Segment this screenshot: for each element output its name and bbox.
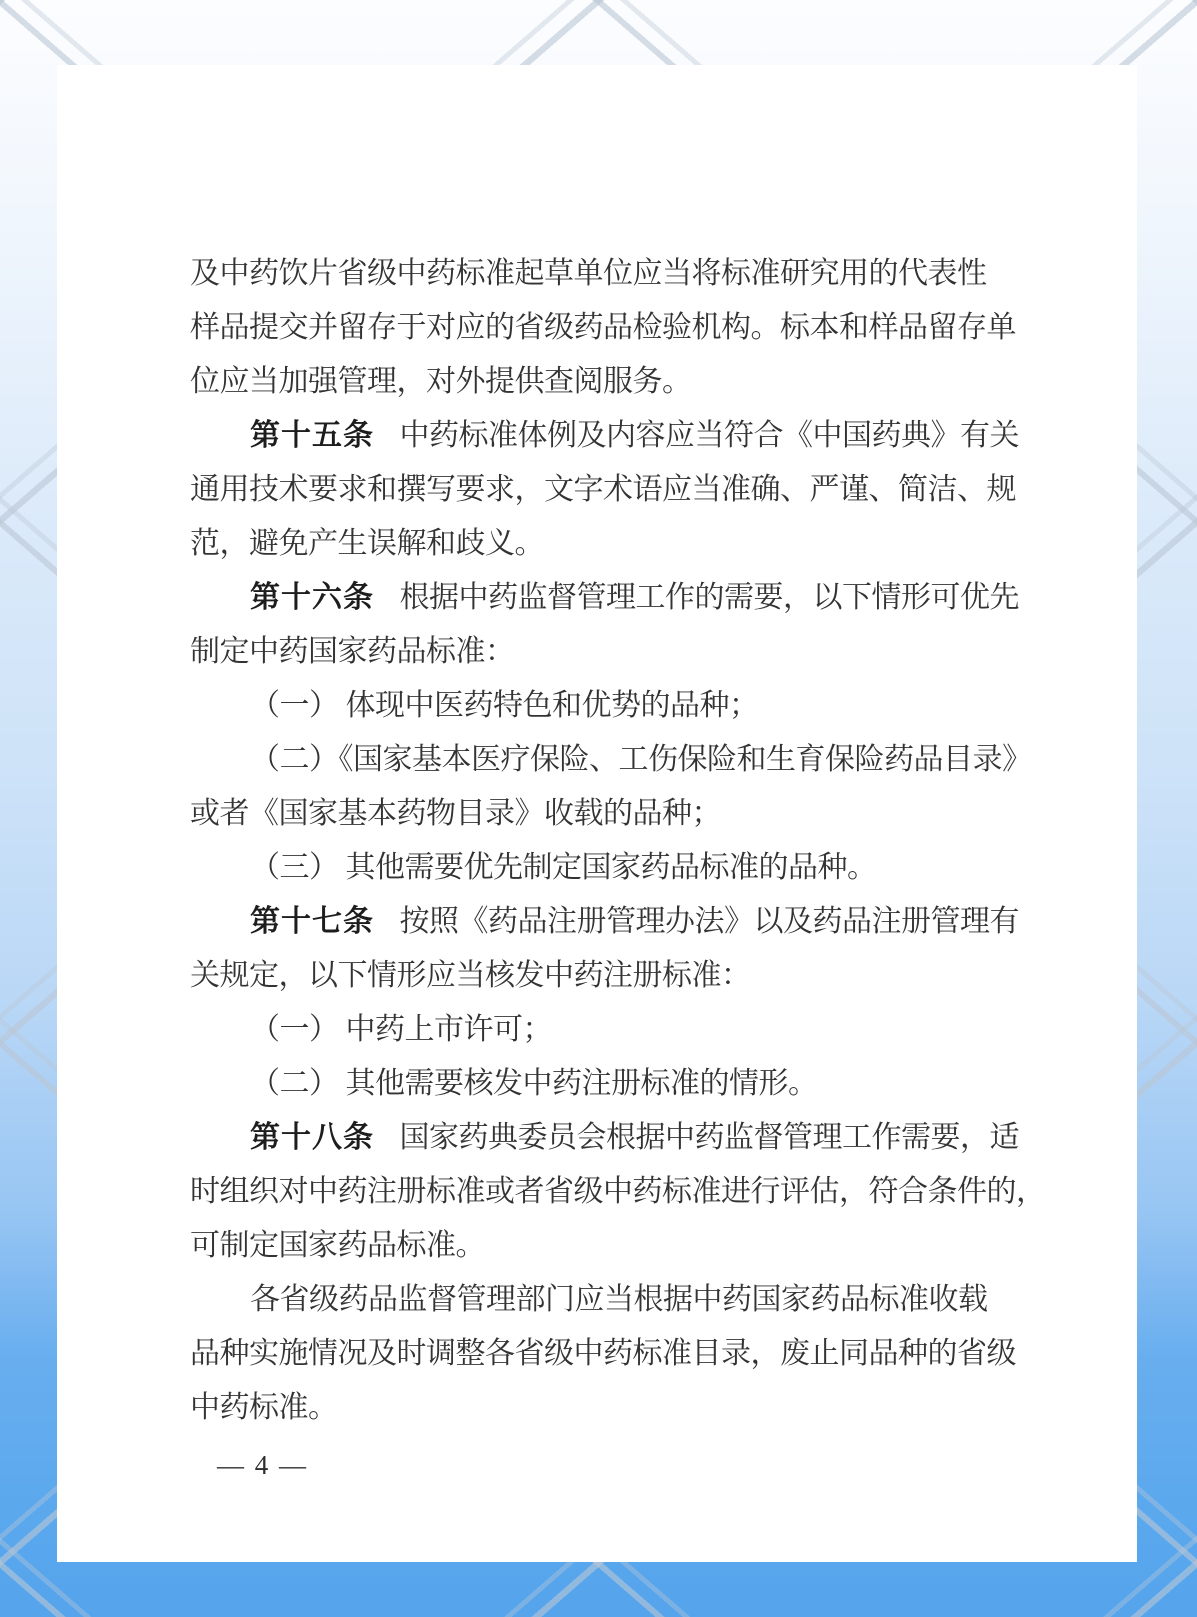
text-line: 第十八条国家药典委员会根据中药监督管理工作需要，适	[190, 1111, 1010, 1165]
text-segment: （一） 中药上市许可；	[250, 1013, 552, 1046]
text-line: （二）《国家基本医疗保险、工伤保险和生育保险药品目录》	[190, 733, 1010, 787]
text-line: 及中药饮片省级中药标准起草单位应当将标准研究用的代表性	[190, 247, 1010, 301]
text-segment: （三） 其他需要优先制定国家药品标准的品种。	[250, 851, 877, 884]
article-number: 第十七条	[250, 905, 374, 938]
text-segment: 制定中药国家药品标准：	[190, 635, 515, 668]
text-segment: 样品提交并留存于对应的省级药品检验机构。标本和样品留存单	[190, 311, 1016, 344]
article-number: 第十五条	[250, 419, 374, 452]
page-number: — 4 —	[217, 1443, 1010, 1487]
text-segment: 关规定，以下情形应当核发中药注册标准：	[190, 959, 751, 992]
text-line: 第十五条中药标准体例及内容应当符合《中国药典》有关	[190, 409, 1010, 463]
text-line: 品种实施情况及时调整各省级中药标准目录，废止同品种的省级	[190, 1327, 1010, 1381]
text-line: 第十六条根据中药监督管理工作的需要，以下情形可优先	[190, 571, 1010, 625]
text-line: （一） 中药上市许可；	[190, 1003, 1010, 1057]
text-line: 第十七条按照《药品注册管理办法》以及药品注册管理有	[190, 895, 1010, 949]
document-sheet: 及中药饮片省级中药标准起草单位应当将标准研究用的代表性样品提交并留存于对应的省级…	[57, 65, 1137, 1562]
text-line: 各省级药品监督管理部门应当根据中药国家药品标准收载	[190, 1273, 1010, 1327]
text-segment: 范，避免产生误解和歧义。	[190, 527, 544, 560]
article-number: 第十八条	[250, 1121, 374, 1154]
text-line: 位应当加强管理，对外提供查阅服务。	[190, 355, 1010, 409]
document-body: 及中药饮片省级中药标准起草单位应当将标准研究用的代表性样品提交并留存于对应的省级…	[57, 65, 1010, 1487]
article-number: 第十六条	[250, 581, 374, 614]
page-background: { "theme": { "background_top": "#fcfdff"…	[0, 0, 1197, 1617]
text-segment: （一） 体现中医药特色和优势的品种；	[250, 689, 759, 722]
text-segment: 时组织对中药注册标准或者省级中药标准进行评估，符合条件的，	[190, 1175, 1046, 1208]
text-line: 可制定国家药品标准。	[190, 1219, 1010, 1273]
text-segment: 可制定国家药品标准。	[190, 1229, 485, 1262]
text-line: 中药标准。	[190, 1381, 1010, 1435]
text-segment: 中药标准体例及内容应当符合《中国药典》有关	[400, 419, 1020, 452]
text-segment: （二）《国家基本医疗保险、工伤保险和生育保险药品目录》	[250, 743, 1032, 776]
text-segment: 国家药典委员会根据中药监督管理工作需要，适	[400, 1121, 1020, 1154]
text-segment: 按照《药品注册管理办法》以及药品注册管理有	[400, 905, 1020, 938]
text-line: 范，避免产生误解和歧义。	[190, 517, 1010, 571]
text-line: （二） 其他需要核发中药注册标准的情形。	[190, 1057, 1010, 1111]
text-segment: 根据中药监督管理工作的需要，以下情形可优先	[400, 581, 1020, 614]
text-line: 或者《国家基本药物目录》收载的品种；	[190, 787, 1010, 841]
text-segment: 各省级药品监督管理部门应当根据中药国家药品标准收载	[250, 1283, 988, 1316]
text-lines-container: 及中药饮片省级中药标准起草单位应当将标准研究用的代表性样品提交并留存于对应的省级…	[190, 247, 1010, 1435]
text-line: 制定中药国家药品标准：	[190, 625, 1010, 679]
text-segment: 品种实施情况及时调整各省级中药标准目录，废止同品种的省级	[190, 1337, 1016, 1370]
text-segment: 及中药饮片省级中药标准起草单位应当将标准研究用的代表性	[190, 257, 987, 290]
text-line: （三） 其他需要优先制定国家药品标准的品种。	[190, 841, 1010, 895]
text-line: 关规定，以下情形应当核发中药注册标准：	[190, 949, 1010, 1003]
text-segment: 中药标准。	[190, 1391, 338, 1424]
text-segment: 或者《国家基本药物目录》收载的品种；	[190, 797, 721, 830]
text-segment: （二） 其他需要核发中药注册标准的情形。	[250, 1067, 818, 1100]
text-line: （一） 体现中医药特色和优势的品种；	[190, 679, 1010, 733]
text-segment: 通用技术要求和撰写要求，文字术语应当准确、严谨、简洁、规	[190, 473, 1016, 506]
text-line: 时组织对中药注册标准或者省级中药标准进行评估，符合条件的，	[190, 1165, 1010, 1219]
text-line: 样品提交并留存于对应的省级药品检验机构。标本和样品留存单	[190, 301, 1010, 355]
text-segment: 位应当加强管理，对外提供查阅服务。	[190, 365, 692, 398]
text-line: 通用技术要求和撰写要求，文字术语应当准确、严谨、简洁、规	[190, 463, 1010, 517]
